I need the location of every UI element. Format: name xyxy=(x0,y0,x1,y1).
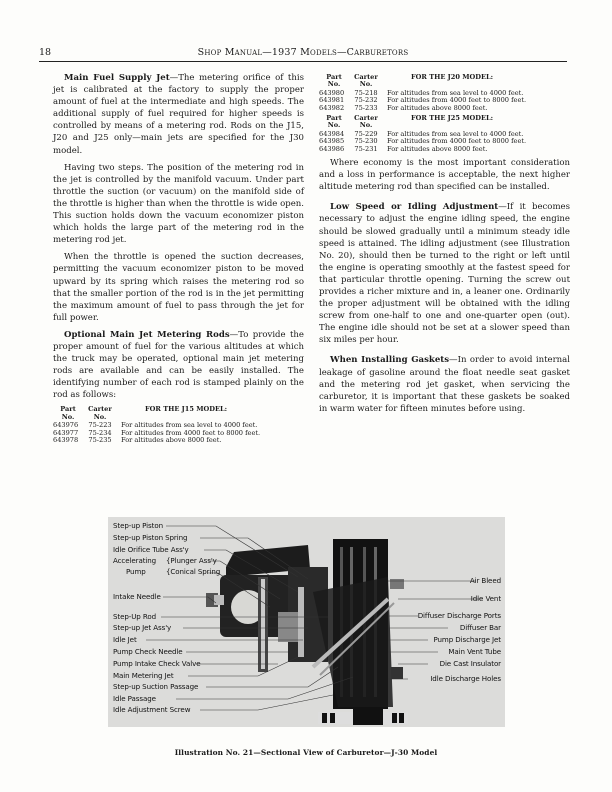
label-main-metering-jet: Main Metering Jet xyxy=(113,672,174,680)
col-header-carter: CarterNo. xyxy=(349,74,383,90)
table-j25: PartNo. CarterNo. FOR THE J25 MODEL: 643… xyxy=(319,115,570,153)
label-step-up-suction-passage: Step-up Suction Passage xyxy=(113,683,198,691)
label-diffuser-discharge-ports: Diffuser Discharge Ports xyxy=(418,612,501,620)
heading-installing-gaskets: When Installing Gaskets xyxy=(330,355,449,365)
table-title-j15: FOR THE J15 MODEL: xyxy=(117,406,304,422)
table-row: 64397875-235For altitudes above 8000 fee… xyxy=(53,437,304,444)
label-idle-orifice-tube: Idle Orifice Tube Ass'y xyxy=(113,546,189,554)
label-pump-intake-check-valve: Pump Intake Check Valve xyxy=(113,660,200,668)
carburetor-illustration: Step-up Piston Step-up Piston Spring Idl… xyxy=(108,517,505,727)
paragraph-gaskets: When Installing Gaskets—In order to avoi… xyxy=(319,354,570,414)
col-header-part: PartNo. xyxy=(319,115,349,131)
label-conical-spring: {Conical Spring xyxy=(166,568,220,576)
figure-caption: Illustration No. 21—Sectional View of Ca… xyxy=(0,748,612,757)
label-step-up-rod: Step-Up Rod xyxy=(113,613,156,621)
label-idle-adjustment-screw: Idle Adjustment Screw xyxy=(113,706,190,714)
paragraph-main-fuel-jet: Main Fuel Supply Jet—The metering orific… xyxy=(53,72,304,157)
label-plunger-assy: {Plunger Ass'y xyxy=(166,557,217,565)
table-row: 64398675-231For altitudes above 8000 fee… xyxy=(319,146,570,153)
heading-low-speed-adjustment: Low Speed or Idling Adjustment xyxy=(330,202,498,212)
label-pump: Pump xyxy=(126,568,146,576)
page-header: 18 Shop Manual—1937 Models—Carburetors xyxy=(39,46,567,62)
heading-optional-rods: Optional Main Jet Metering Rods xyxy=(64,330,230,340)
label-idle-passage: Idle Passage xyxy=(113,695,156,703)
label-air-bleed: Air Bleed xyxy=(470,577,501,585)
heading-main-fuel-supply-jet: Main Fuel Supply Jet xyxy=(64,73,170,83)
running-title: Shop Manual—1937 Models—Carburetors xyxy=(39,47,567,58)
right-column: PartNo. CarterNo. FOR THE J20 MODEL: 643… xyxy=(319,72,570,420)
col-header-carter: CarterNo. xyxy=(349,115,383,131)
label-step-up-jet-assy: Step-up Jet Ass'y xyxy=(113,624,171,632)
table-j20: PartNo. CarterNo. FOR THE J20 MODEL: 643… xyxy=(319,74,570,112)
paragraph-optional-rods: Optional Main Jet Metering Rods—To provi… xyxy=(53,329,304,402)
label-die-cast-insulator: Die Cast Insulator xyxy=(440,660,501,668)
paragraph-two-steps: Having two steps. The position of the me… xyxy=(53,162,304,247)
label-diffuser-bar: Diffuser Bar xyxy=(460,624,501,632)
label-accelerating: Accelerating xyxy=(113,557,156,565)
paragraph-low-speed: Low Speed or Idling Adjustment—If it bec… xyxy=(319,201,570,346)
table-row: 64398275-233For altitudes above 8000 fee… xyxy=(319,105,570,112)
col-header-part: PartNo. xyxy=(319,74,349,90)
label-step-up-piston: Step-up Piston xyxy=(113,522,163,530)
table-title-j20: FOR THE J20 MODEL: xyxy=(383,74,570,90)
label-pump-discharge-jet: Pump Discharge Jet xyxy=(433,636,501,644)
col-header-part: PartNo. xyxy=(53,406,83,422)
label-intake-needle: Intake Needle xyxy=(113,593,161,601)
label-idle-vent: Idle Vent xyxy=(471,595,501,603)
label-main-vent-tube: Main Vent Tube xyxy=(448,648,501,656)
label-idle-discharge-holes: Idle Discharge Holes xyxy=(430,675,501,683)
left-column: Main Fuel Supply Jet—The metering orific… xyxy=(53,72,304,447)
col-header-carter: CarterNo. xyxy=(83,406,117,422)
label-step-up-piston-spring: Step-up Piston Spring xyxy=(113,534,187,542)
table-j15: PartNo. CarterNo. FOR THE J15 MODEL: 643… xyxy=(53,406,304,444)
paragraph-throttle-open: When the throttle is opened the suction … xyxy=(53,251,304,324)
label-pump-check-needle: Pump Check Needle xyxy=(113,648,183,656)
paragraph-economy: Where economy is the most important cons… xyxy=(319,157,570,193)
table-title-j25: FOR THE J25 MODEL: xyxy=(383,115,570,131)
label-idle-jet: Idle Jet xyxy=(113,636,137,644)
